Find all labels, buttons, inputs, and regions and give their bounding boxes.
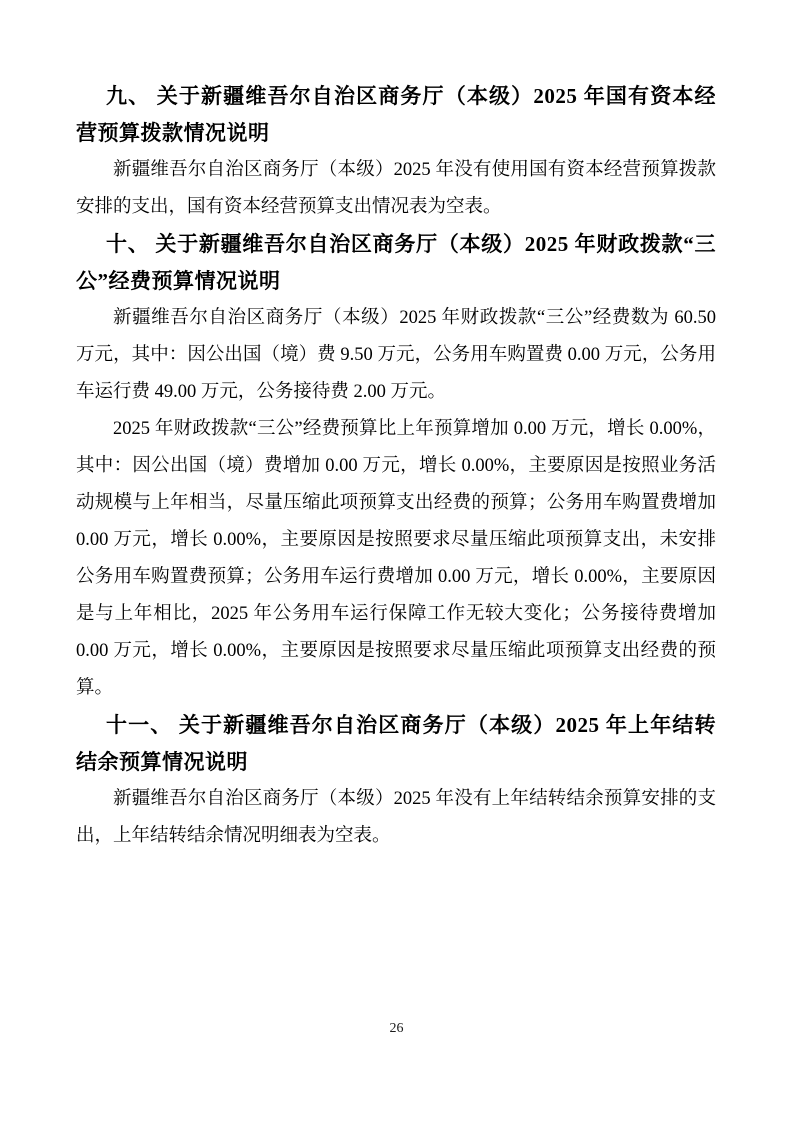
section-heading-10: 十、 关于新疆维吾尔自治区商务厅（本级）2025 年财政拨款“三公”经费预算情况…	[76, 226, 716, 300]
section-10-paragraph-1: 新疆维吾尔自治区商务厅（本级）2025 年财政拨款“三公”经费数为 60.50 …	[76, 300, 716, 411]
section-11-paragraph-1: 新疆维吾尔自治区商务厅（本级）2025 年没有上年结转结余预算安排的支出，上年结…	[76, 781, 716, 855]
section-heading-9: 九、 关于新疆维吾尔自治区商务厅（本级）2025 年国有资本经营预算拨款情况说明	[76, 78, 716, 152]
document-content: 九、 关于新疆维吾尔自治区商务厅（本级）2025 年国有资本经营预算拨款情况说明…	[76, 78, 716, 855]
section-9-paragraph-1: 新疆维吾尔自治区商务厅（本级）2025 年没有使用国有资本经营预算拨款安排的支出…	[76, 152, 716, 226]
document-page: 九、 关于新疆维吾尔自治区商务厅（本级）2025 年国有资本经营预算拨款情况说明…	[0, 0, 793, 1122]
section-10-paragraph-2: 2025 年财政拨款“三公”经费预算比上年预算增加 0.00 万元，增长 0.0…	[76, 411, 716, 707]
section-heading-11: 十一、 关于新疆维吾尔自治区商务厅（本级）2025 年上年结转结余预算情况说明	[76, 707, 716, 781]
page-number: 26	[0, 1021, 793, 1037]
